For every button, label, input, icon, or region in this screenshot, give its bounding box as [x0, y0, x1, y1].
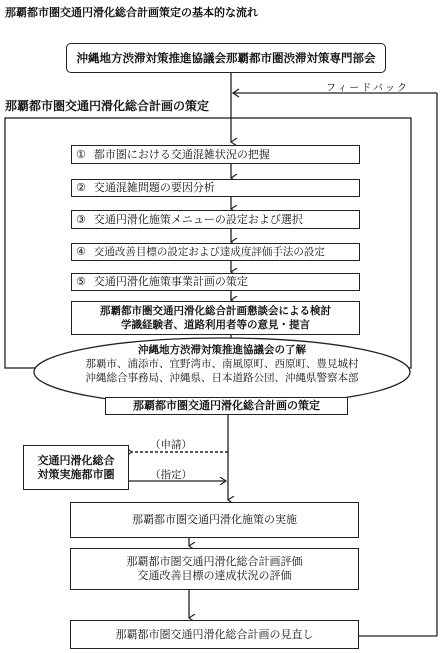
step-1-number: ① — [76, 148, 86, 162]
plan-formulation-box: 那覇都市圏交通円滑化総合計画の策定 — [105, 397, 348, 415]
top-committee-box: 沖縄地方渋滞対策推進協議会那覇都市圏渋滞対策専門部会 — [66, 43, 386, 73]
review-box: 那覇都市圏交通円滑化総合計画の見直し — [70, 620, 359, 649]
implementation-label: 那覇都市圏交通円滑化施策の実施 — [132, 513, 297, 527]
step-1-label: 都市圏における交通混雑状況の把握 — [94, 148, 270, 162]
evaluation-line-2: 交通改善目標の達成状況の評価 — [138, 569, 292, 583]
council-members-line-1: 那覇市、浦添市、宜野湾市、南風原町、西原町、豊見城村 — [36, 357, 408, 371]
council-members-line-2: 沖縄総合事務局、沖縄県、日本道路公団、沖縄県警察本部 — [36, 371, 408, 385]
plan-formulation-label: 那覇都市圏交通円滑化総合計画の策定 — [133, 399, 320, 413]
council-approval-title: 沖縄地方渋滞対策推進協議会の了解 — [36, 343, 408, 357]
step-4-label: 交通改善目標の設定および達成度評価手法の設定 — [94, 245, 325, 259]
step-4-number: ④ — [76, 245, 86, 259]
section-heading: 那覇都市圏交通円滑化総合計画の策定 — [5, 97, 209, 114]
designated-area-line-1: 交通円滑化総合 — [38, 454, 115, 468]
step-5-box: ⑤ 交通円滑化施策事業計画の策定 — [71, 273, 360, 291]
designated-area-line-2: 対策実施都市圏 — [38, 468, 115, 482]
diagram-title: 那覇都市圏交通円滑化総合計画策定の基本的な流れ — [5, 4, 258, 20]
step-2-label: 交通混雑問題の要因分析 — [94, 181, 215, 195]
designated-area-box: 交通円滑化総合 対策実施都市圏 — [23, 445, 129, 490]
top-committee-label: 沖縄地方渋滞対策推進協議会那覇都市圏渋滞対策専門部会 — [77, 51, 376, 65]
step-5-number: ⑤ — [76, 275, 86, 289]
step-3-number: ③ — [76, 213, 86, 227]
designation-label: （指定） — [150, 467, 192, 482]
application-label: （申請） — [150, 437, 192, 452]
consultation-line-2: 学識経験者、道路利用者等の意見・提言 — [121, 318, 310, 332]
feedback-label: フィードバック — [326, 79, 409, 94]
step-3-label: 交通円滑化施策メニューの設定および選択 — [94, 213, 303, 227]
consultation-line-1: 那覇都市圏交通円滑化総合計画懇談会による検討 — [100, 304, 331, 318]
step-3-box: ③ 交通円滑化施策メニューの設定および選択 — [71, 210, 360, 229]
step-2-number: ② — [76, 181, 86, 195]
step-4-box: ④ 交通改善目標の設定および達成度評価手法の設定 — [71, 243, 360, 261]
step-5-label: 交通円滑化施策事業計画の策定 — [94, 275, 248, 289]
council-approval-ellipse: 沖縄地方渋滞対策推進協議会の了解 那覇市、浦添市、宜野湾市、南風原町、西原町、豊… — [36, 343, 408, 385]
step-1-box: ① 都市圏における交通混雑状況の把握 — [71, 145, 360, 164]
step-2-box: ② 交通混雑問題の要因分析 — [71, 179, 360, 197]
consultation-box: 那覇都市圏交通円滑化総合計画懇談会による検討 学識経験者、道路利用者等の意見・提… — [71, 301, 360, 335]
evaluation-box: 那覇都市圏交通円滑化総合計画評価 交通改善目標の達成状況の評価 — [70, 548, 359, 590]
evaluation-line-1: 那覇都市圏交通円滑化総合計画評価 — [127, 555, 303, 569]
review-label: 那覇都市圏交通円滑化総合計画の見直し — [116, 628, 314, 642]
implementation-box: 那覇都市圏交通円滑化施策の実施 — [70, 502, 359, 538]
